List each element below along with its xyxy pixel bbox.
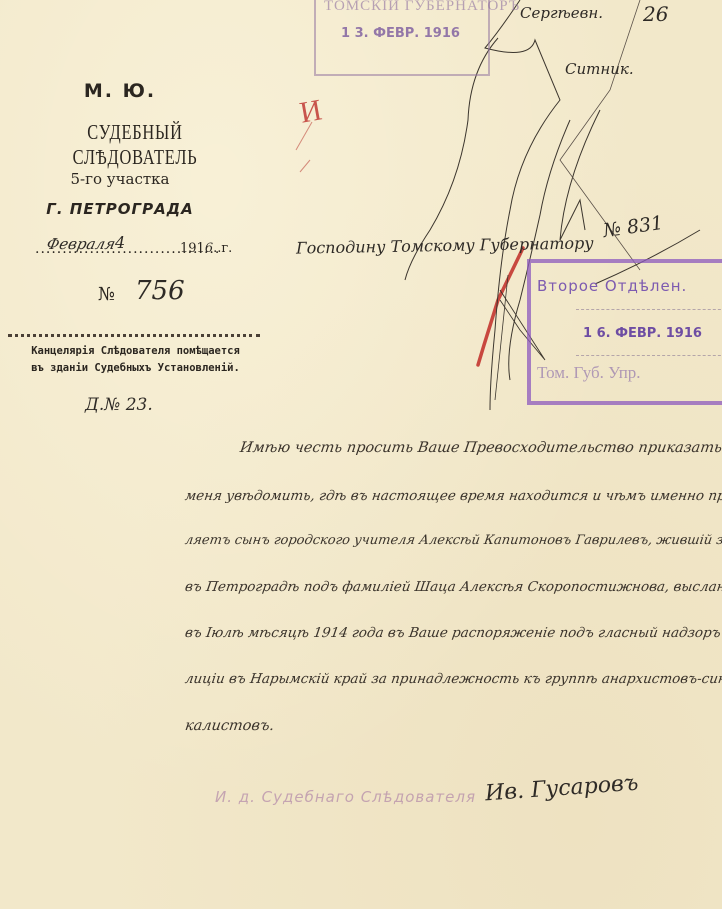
annotation-house-number: 26 [643, 2, 668, 26]
dotted-divider [8, 334, 260, 337]
letter-date: .................................. Февра… [35, 241, 255, 257]
annotation-street: Сергѣевн. [520, 4, 603, 22]
office-location-note: Канцелярія Слѣдователя помѣщается въ зда… [8, 343, 263, 377]
letterhead-title: СУДЕБНЫЙ СЛѢДОВАТЕЛЬ [30, 120, 241, 170]
body-line: Имѣю честь просить Ваше Превосходительст… [239, 440, 722, 456]
letterhead-city: Г. ПЕТРОГРАДА [0, 200, 240, 218]
body-line: ляетъ сынъ городского учителя Алексѣй Ка… [184, 533, 722, 548]
date-year: 1916..г. [180, 241, 232, 256]
body-line: лиціи въ Нарымскій край за принадлежност… [184, 671, 722, 687]
date-day: 4 [115, 233, 125, 252]
file-reference: Д.№ 23. [85, 395, 153, 415]
letterhead-ministry: М. Ю. [0, 80, 240, 102]
outgoing-number: 756 [135, 276, 185, 306]
annotation-name: Ситник. [565, 60, 634, 78]
letterhead-district: 5-го участка [0, 170, 240, 188]
body-line: въ Петроградѣ подъ фамиліей Шаца Алексѣя… [184, 579, 722, 595]
body-line: калистовъ. [184, 718, 275, 734]
body-line: меня увѣдомить, гдѣ въ настоящее время н… [184, 488, 722, 504]
signature-title-stamp: И. д. Судебнаго Слѣдователя [215, 788, 476, 806]
stamp-second-department: Второе Отдѣлен. 1 6. ФЕВР. 1916 Том. Губ… [527, 259, 722, 405]
number-sign: № [98, 284, 115, 305]
stamp-tomsk-governor: ТОМСКІЙ ГУБЕРНАТОРЪ 1 3. ФЕВР. 1916 [314, 0, 490, 76]
body-line: въ Іюлѣ мѣсяцѣ 1914 года въ Ваше распоря… [184, 625, 722, 641]
date-month: Февраля [45, 235, 117, 253]
